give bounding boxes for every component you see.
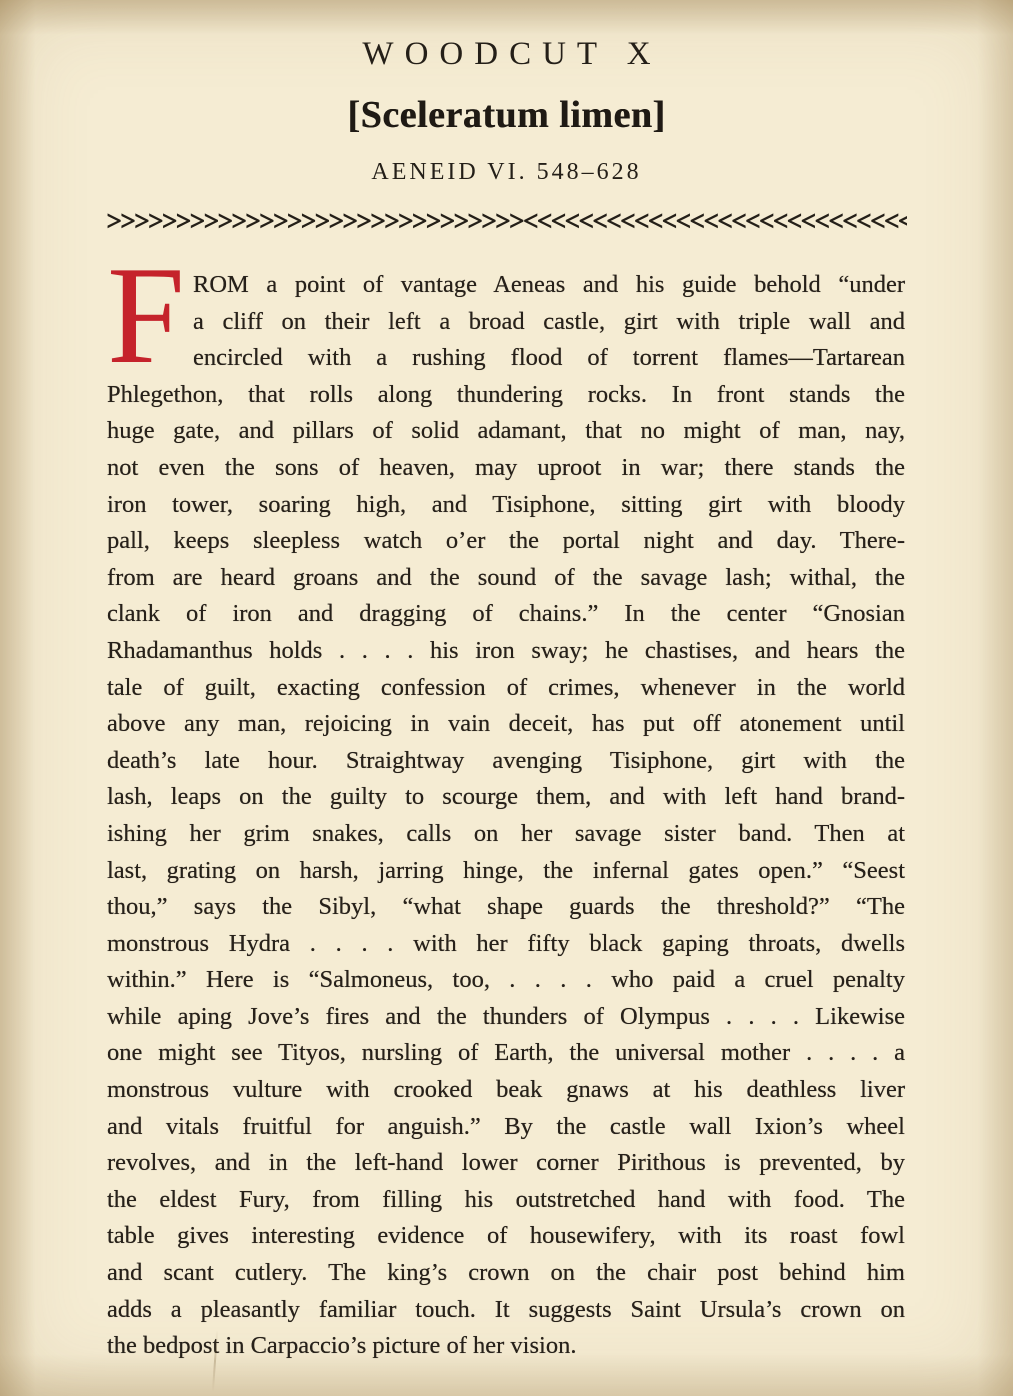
page-subtitle-blackletter: [Sceleratum limen] bbox=[0, 93, 1013, 137]
text-line: table gives interesting evidence of hous… bbox=[107, 1218, 905, 1255]
text-line: ROM a point of vantage Aeneas and his gu… bbox=[107, 267, 905, 304]
arrow-divider-ornament: >>>>>>>>>>>>>>>>>>>>>>>>>>>>>><<<<<<<<<<… bbox=[107, 206, 907, 237]
aeneid-reference: AENEID VI. 548–628 bbox=[0, 159, 1013, 186]
body-paragraph: F ROM a point of vantage Aeneas and his … bbox=[107, 267, 905, 1365]
arrow-divider-left-icon: <<<<<<<<<<<<<<<<<<<<<<<<<<<<<<< bbox=[523, 206, 906, 236]
text-line: from are heard groans and the sound of t… bbox=[107, 560, 905, 597]
text-line: huge gate, and pillars of solid adamant,… bbox=[107, 413, 905, 450]
text-line: tale of guilt, exacting confession of cr… bbox=[107, 670, 905, 707]
text-line: and scant cutlery. The king’s crown on t… bbox=[107, 1255, 905, 1292]
text-line: monstrous vulture with crooked beak gnaw… bbox=[107, 1072, 905, 1109]
text-line: Phlegethon, that rolls along thundering … bbox=[107, 377, 905, 414]
book-page: WOODCUT X [Sceleratum limen] AENEID VI. … bbox=[0, 0, 1013, 1396]
text-line: last, grating on harsh, jarring hinge, t… bbox=[107, 853, 905, 890]
text-line: and vitals fruitful for anguish.” By the… bbox=[107, 1109, 905, 1146]
text-line: Rhadamanthus holds . . . . his iron sway… bbox=[107, 633, 905, 670]
page-title: WOODCUT X bbox=[0, 0, 1013, 73]
arrow-divider-right-icon: >>>>>>>>>>>>>>>>>>>>>>>>>>>>>> bbox=[107, 206, 524, 236]
text-line: clank of iron and dragging of chains.” I… bbox=[107, 596, 905, 633]
text-line: the eldest Fury, from filling his outstr… bbox=[107, 1182, 905, 1219]
text-line: monstrous Hydra . . . . with her fifty b… bbox=[107, 926, 905, 963]
text-line: encircled with a rushing flood of torren… bbox=[107, 340, 905, 377]
text-line: revolves, and in the left-hand lower cor… bbox=[107, 1145, 905, 1182]
text-line: the bedpost in Carpaccio’s picture of he… bbox=[107, 1328, 905, 1365]
text-line: death’s late hour. Straightway avenging … bbox=[107, 743, 905, 780]
text-line: lash, leaps on the guilty to scourge the… bbox=[107, 779, 905, 816]
text-line: within.” Here is “Salmoneus, too, . . . … bbox=[107, 962, 905, 999]
text-line: pall, keeps sleepless watch o’er the por… bbox=[107, 523, 905, 560]
text-line: a cliff on their left a broad castle, gi… bbox=[107, 304, 905, 341]
text-line: not even the sons of heaven, may uproot … bbox=[107, 450, 905, 487]
text-line: one might see Tityos, nursling of Earth,… bbox=[107, 1035, 905, 1072]
text-line: iron tower, soaring high, and Tisiphone,… bbox=[107, 487, 905, 524]
text-line: above any man, rejoicing in vain deceit,… bbox=[107, 706, 905, 743]
text-line: ishing her grim snakes, calls on her sav… bbox=[107, 816, 905, 853]
text-line: while aping Jove’s fires and the thunder… bbox=[107, 999, 905, 1036]
dropcap-initial: F bbox=[107, 262, 193, 370]
text-line: thou,” says the Sibyl, “what shape guard… bbox=[107, 889, 905, 926]
text-line: adds a pleasantly familiar touch. It sug… bbox=[107, 1292, 905, 1329]
